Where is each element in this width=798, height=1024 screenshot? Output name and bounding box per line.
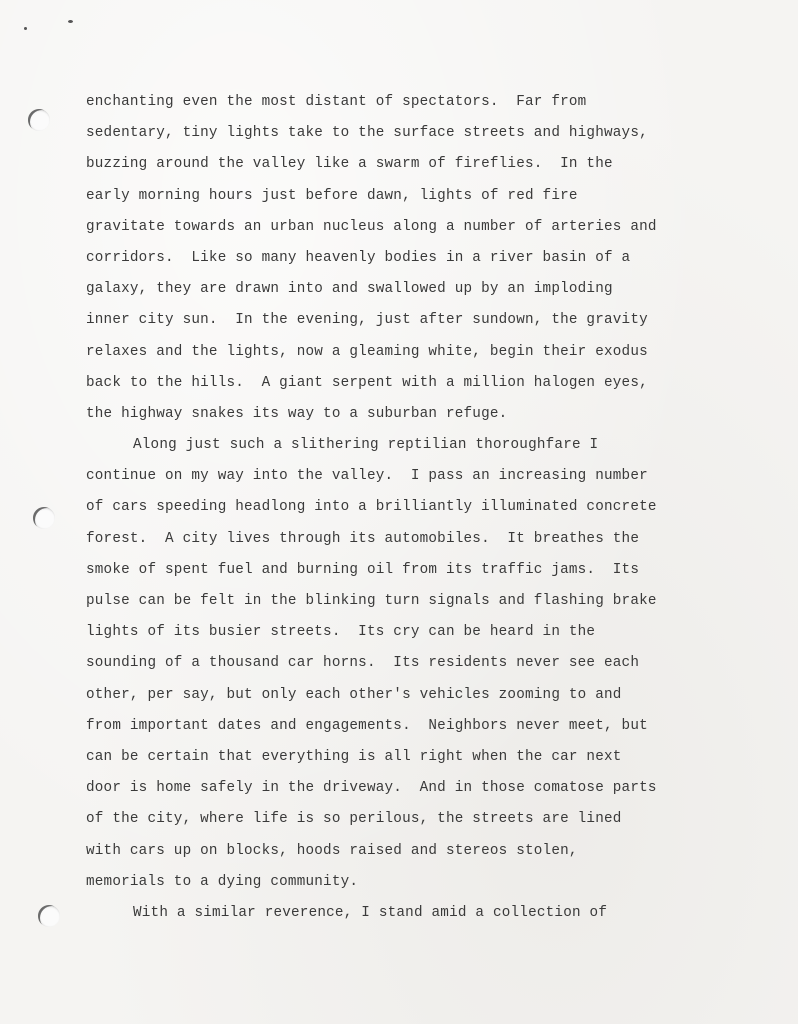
paper-speck (68, 20, 73, 23)
text-line: gravitate towards an urban nucleus along… (86, 216, 726, 247)
text-line: smoke of spent fuel and burning oil from… (86, 559, 726, 590)
text-line: with cars up on blocks, hoods raised and… (86, 840, 726, 871)
text-line: of cars speeding headlong into a brillia… (86, 496, 726, 527)
text-line: back to the hills. A giant serpent with … (86, 372, 726, 403)
text-line: of the city, where life is so perilous, … (86, 808, 726, 839)
text-line: sedentary, tiny lights take to the surfa… (86, 122, 726, 153)
text-line: memorials to a dying community. (86, 871, 726, 902)
text-line: relaxes and the lights, now a gleaming w… (86, 341, 726, 372)
text-line: enchanting even the most distant of spec… (86, 91, 726, 122)
text-line: continue on my way into the valley. I pa… (86, 465, 726, 496)
paragraph-first-line: Along just such a slithering reptilian t… (86, 434, 726, 465)
paper-speck (24, 27, 27, 30)
punch-hole-middle (33, 507, 55, 529)
text-line: from important dates and engagements. Ne… (86, 715, 726, 746)
text-line: pulse can be felt in the blinking turn s… (86, 590, 726, 621)
punch-hole-bottom (38, 905, 60, 927)
text-line: forest. A city lives through its automob… (86, 528, 726, 559)
text-line: galaxy, they are drawn into and swallowe… (86, 278, 726, 309)
text-line: door is home safely in the driveway. And… (86, 777, 726, 808)
paragraph-first-line: With a similar reverence, I stand amid a… (86, 902, 726, 933)
text-line: can be certain that everything is all ri… (86, 746, 726, 777)
text-line: early morning hours just before dawn, li… (86, 185, 726, 216)
text-line: corridors. Like so many heavenly bodies … (86, 247, 726, 278)
text-line: buzzing around the valley like a swarm o… (86, 153, 726, 184)
text-line: inner city sun. In the evening, just aft… (86, 309, 726, 340)
scanned-page: enchanting even the most distant of spec… (0, 0, 798, 1024)
text-line: lights of its busier streets. Its cry ca… (86, 621, 726, 652)
punch-hole-top (28, 109, 50, 131)
typewritten-text-body: enchanting even the most distant of spec… (86, 91, 726, 933)
text-line: the highway snakes its way to a suburban… (86, 403, 726, 434)
text-line: other, per say, but only each other's ve… (86, 684, 726, 715)
text-line: sounding of a thousand car horns. Its re… (86, 652, 726, 683)
